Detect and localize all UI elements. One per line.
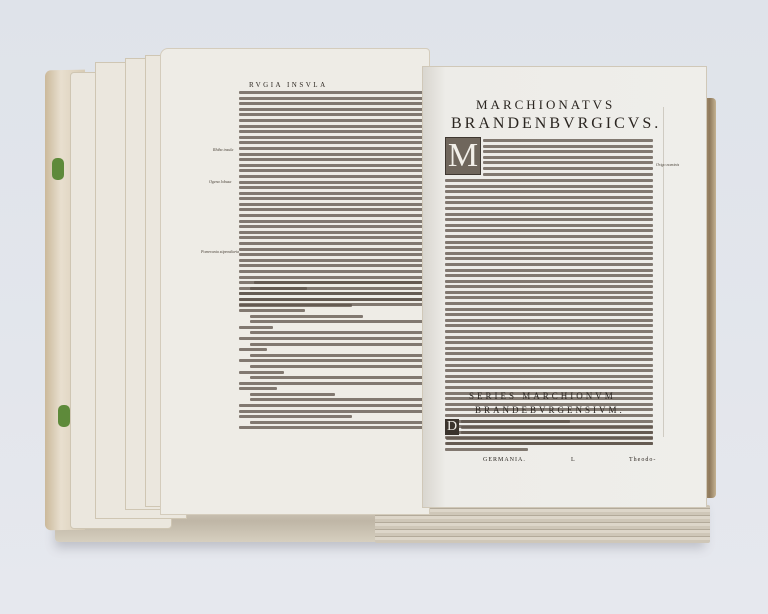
drop-cap-initial: M: [445, 137, 481, 175]
section-title-line2: BRANDEBVRGENSIVM.: [475, 405, 625, 415]
catchword-left: GERMANIA.: [483, 457, 526, 463]
margin-note: Rhiba insula: [213, 147, 233, 152]
section-text-block: [461, 420, 653, 445]
section-drop-cap: D: [445, 419, 459, 435]
right-page-text-intro: [483, 139, 653, 176]
right-page: MARCHIONATVS BRANDENBVRGICVS. M Origo no…: [422, 66, 707, 508]
green-clasp-top: [52, 158, 64, 180]
signature-mark: L: [571, 457, 576, 463]
page-title-line2: BRANDENBVRGICVS.: [451, 115, 661, 133]
margin-note: Ogena lobusa: [209, 179, 231, 184]
margin-note: Pomerania stipendiaria: [201, 249, 239, 254]
running-head: RVGIA INSVLA: [249, 81, 328, 89]
left-page: RVGIA INSVLA Rhiba insula Ogena lobusa P…: [160, 48, 430, 515]
margin-note: Origo nominis: [656, 162, 679, 167]
page-title-line1: MARCHIONATVS: [476, 97, 615, 113]
green-clasp-bottom: [58, 405, 70, 427]
catchword-right: Theodo-: [629, 457, 656, 463]
section-title-line1: SERIES MARCHIONVM: [469, 391, 616, 401]
ruled-line: [663, 107, 664, 437]
left-page-text-block-2: [239, 281, 427, 429]
left-page-text-block-1: [239, 91, 427, 307]
